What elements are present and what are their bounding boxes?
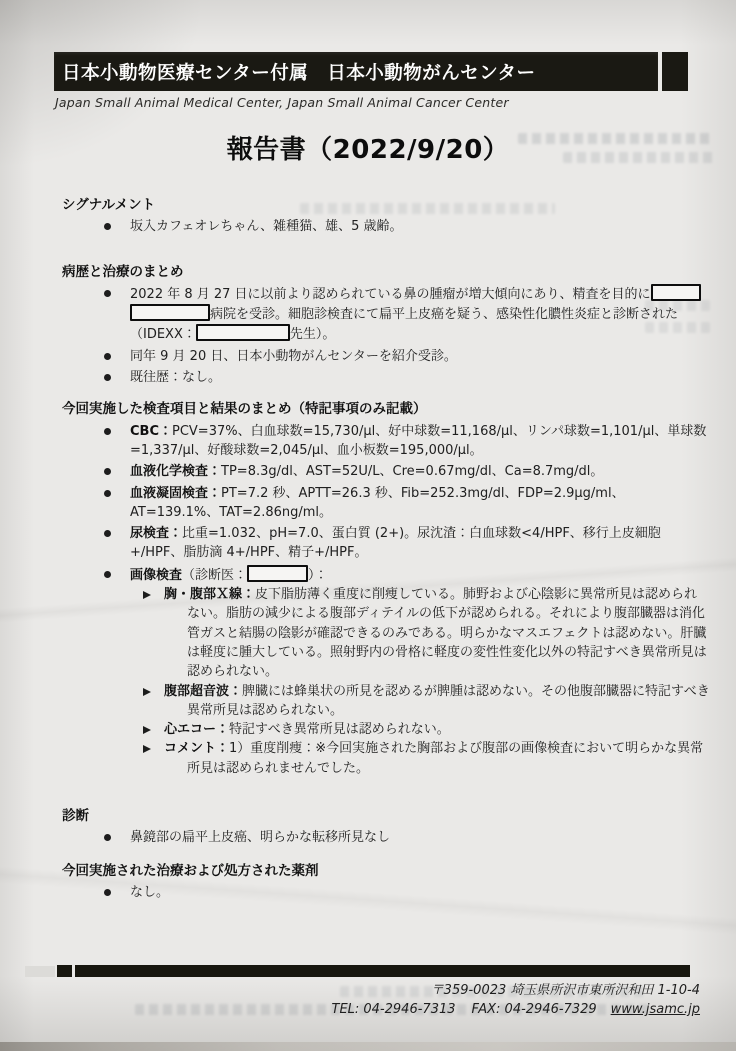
section-heading-diagnosis: 診断 xyxy=(62,807,710,826)
redaction-box xyxy=(651,284,701,301)
org-title: 日本小動物医療センター付属 日本小動物がんセンター xyxy=(62,59,536,85)
imaging-xray: 胸・腹部Ｘ線：皮下脂肪薄く重度に削痩している。肺野および心陰影に異常所見は認めら… xyxy=(164,585,710,681)
test-imaging-heading: 画像検査（診断医：）： xyxy=(130,565,710,585)
section-heading-treatment: 今回実施された治療および処方された薬剤 xyxy=(62,862,710,881)
footer-contact-line: TEL: 04-2946-7313FAX: 04-2946-7329www.js… xyxy=(332,1000,701,1019)
redaction-box xyxy=(130,304,210,321)
bullet-icon xyxy=(104,468,111,475)
list-item: 血液化学検査：TP=8.3g/dl、AST=52U/L、Cre=0.67mg/d… xyxy=(62,462,710,481)
test-chemistry-label: 血液化学検査： xyxy=(130,464,221,479)
photographed-report-page: { "colors": { "bar_black": "#1a1913", "p… xyxy=(0,0,736,1051)
history-item-1: 2022 年 8 月 27 日に以前より認められている鼻の腫瘤が増大傾向にあり、… xyxy=(130,284,710,345)
arrow-bullet-icon xyxy=(143,591,151,599)
test-coagulation: 血液凝固検査：PT=7.2 秒、APTT=26.3 秒、Fib=252.3mg/… xyxy=(130,484,710,523)
list-item: 鼻鏡部の扁平上皮癌、明らかな転移所見なし xyxy=(62,828,710,847)
bullet-icon xyxy=(104,290,111,297)
org-title-bar-main: 日本小動物医療センター付属 日本小動物がんセンター xyxy=(54,52,658,91)
imaging-echocardiography: 心エコー：特記すべき異常所見は認められない。 xyxy=(164,720,710,739)
org-subtitle-english: Japan Small Animal Medical Center, Japan… xyxy=(55,95,509,110)
bullet-icon xyxy=(104,490,111,497)
signalment-text: 坂入カフェオレちゃん、雑種猫、雄、5 歳齢。 xyxy=(130,217,710,236)
sub-list-item: コメント：1）重度削痩：※今回実施された胸部および腹部の画像検査において明らかな… xyxy=(62,739,710,778)
sub-list-item: 胸・腹部Ｘ線：皮下脂肪薄く重度に削痩している。肺野および心陰影に異常所見は認めら… xyxy=(62,585,710,681)
list-item: 既往歴：なし。 xyxy=(62,368,710,387)
sub-list-item: 心エコー：特記すべき異常所見は認められない。 xyxy=(62,720,710,739)
imaging-comment-label: コメント： xyxy=(164,741,229,756)
test-chemistry: 血液化学検査：TP=8.3g/dl、AST=52U/L、Cre=0.67mg/d… xyxy=(130,462,710,481)
test-cbc-value: PCV=37%、白血球数=15,730/μl、好中球数=11,168/μl、リン… xyxy=(130,424,706,458)
footer-tel: TEL: 04-2946-7313 xyxy=(332,1002,456,1017)
bullet-icon xyxy=(104,353,111,360)
diagnosis-text: 鼻鏡部の扁平上皮癌、明らかな転移所見なし xyxy=(130,828,710,847)
report-title: 報告書（2022/9/20） xyxy=(0,129,736,166)
paper-shadow-top xyxy=(0,0,736,45)
list-item: 尿検査：比重=1.032、pH=7.0、蛋白質 (2+)。尿沈渣：白血球数<4/… xyxy=(62,524,710,563)
list-item: 坂入カフェオレちゃん、雑種猫、雄、5 歳齢。 xyxy=(62,217,710,236)
report-body: シグナルメント 坂入カフェオレちゃん、雑種猫、雄、5 歳齢。 病歴と治療のまとめ… xyxy=(62,196,710,902)
list-item: 血液凝固検査：PT=7.2 秒、APTT=26.3 秒、Fib=252.3mg/… xyxy=(62,484,710,523)
imaging-xray-value: 皮下脂肪薄く重度に削痩している。肺野および心陰影に異常所見は認められない。脂肪の… xyxy=(187,587,707,679)
bullet-icon xyxy=(104,889,111,896)
bullet-icon xyxy=(104,571,111,578)
redaction-box xyxy=(247,565,308,582)
history-item-3: 既往歴：なし。 xyxy=(130,368,710,387)
test-imaging-post: ）： xyxy=(308,568,328,583)
test-chemistry-value: TP=8.3g/dl、AST=52U/L、Cre=0.67mg/dl、Ca=8.… xyxy=(221,464,603,479)
sub-list-item: 腹部超音波：脾臓には蜂巣状の所見を認めるが脾腫は認めない。その他腹部臓器に特記す… xyxy=(62,682,710,721)
footer-bar-shadow xyxy=(25,966,55,977)
test-imaging-label: 画像検査 xyxy=(130,568,182,583)
imaging-echocardiography-label: 心エコー： xyxy=(164,722,229,737)
list-item: 同年 9 月 20 日、日本小動物がんセンターを紹介受診。 xyxy=(62,347,710,366)
test-imaging-pre: （診断医： xyxy=(182,568,247,583)
footer-rule-bar xyxy=(57,965,690,977)
section-heading-signalment: シグナルメント xyxy=(62,196,710,215)
test-coagulation-label: 血液凝固検査： xyxy=(130,486,221,501)
list-item: 2022 年 8 月 27 日に以前より認められている鼻の腫瘤が増大傾向にあり、… xyxy=(62,284,710,345)
footer-fax: FAX: 04-2946-7329 xyxy=(472,1002,597,1017)
history-item-2: 同年 9 月 20 日、日本小動物がんセンターを紹介受診。 xyxy=(130,347,710,366)
list-item: なし。 xyxy=(62,883,710,902)
history-item-1-text-c: 先生）。 xyxy=(290,327,336,342)
footer-rule-notch xyxy=(57,965,72,977)
imaging-echocardiography-value: 特記すべき異常所見は認められない。 xyxy=(229,722,450,737)
imaging-comment: コメント：1）重度削痩：※今回実施された胸部および腹部の画像検査において明らかな… xyxy=(164,739,710,778)
history-item-1-text-a: 2022 年 8 月 27 日に以前より認められている鼻の腫瘤が増大傾向にあり、… xyxy=(130,287,651,302)
bullet-icon xyxy=(104,530,111,537)
test-cbc-label: CBC： xyxy=(130,424,172,439)
imaging-comment-value: 1）重度削痩：※今回実施された胸部および腹部の画像検査において明らかな異常所見は… xyxy=(187,741,703,775)
paper-bottom-edge xyxy=(0,1042,736,1051)
imaging-ultrasound-label: 腹部超音波： xyxy=(164,684,242,699)
footer-address: 〒359-0023 埼玉県所沢市東所沢和田 1-10-4 xyxy=(332,981,701,1000)
section-heading-history: 病歴と治療のまとめ xyxy=(62,263,710,282)
bullet-icon xyxy=(104,374,111,381)
test-urinalysis-value: 比重=1.032、pH=7.0、蛋白質 (2+)。尿沈渣：白血球数<4/HPF、… xyxy=(130,526,661,560)
test-cbc: CBC：PCV=37%、白血球数=15,730/μl、好中球数=11,168/μ… xyxy=(130,422,710,461)
arrow-bullet-icon xyxy=(143,745,151,753)
bullet-icon xyxy=(104,428,111,435)
redaction-box xyxy=(196,324,290,341)
footer-website: www.jsamc.jp xyxy=(611,1002,700,1017)
footer-rule-main xyxy=(75,965,690,977)
org-title-bar: 日本小動物医療センター付属 日本小動物がんセンター xyxy=(54,52,688,91)
org-title-bar-endblock xyxy=(662,52,688,91)
arrow-bullet-icon xyxy=(143,726,151,734)
list-item: 画像検査（診断医：）： xyxy=(62,565,710,585)
imaging-ultrasound: 腹部超音波：脾臓には蜂巣状の所見を認めるが脾腫は認めない。その他腹部臓器に特記す… xyxy=(164,682,710,721)
list-item: CBC：PCV=37%、白血球数=15,730/μl、好中球数=11,168/μ… xyxy=(62,422,710,461)
treatment-text: なし。 xyxy=(130,883,710,902)
bullet-icon xyxy=(104,834,111,841)
arrow-bullet-icon xyxy=(143,688,151,696)
imaging-xray-label: 胸・腹部Ｘ線： xyxy=(164,587,255,602)
test-urinalysis: 尿検査：比重=1.032、pH=7.0、蛋白質 (2+)。尿沈渣：白血球数<4/… xyxy=(130,524,710,563)
bullet-icon xyxy=(104,223,111,230)
test-urinalysis-label: 尿検査： xyxy=(130,526,182,541)
section-heading-tests: 今回実施した検査項目と結果のまとめ（特記事項のみ記載） xyxy=(62,400,710,419)
imaging-ultrasound-value: 脾臓には蜂巣状の所見を認めるが脾腫は認めない。その他腹部臓器に特記すべき異常所見… xyxy=(187,684,710,718)
footer-contact-block: 〒359-0023 埼玉県所沢市東所沢和田 1-10-4 TEL: 04-294… xyxy=(332,981,701,1019)
